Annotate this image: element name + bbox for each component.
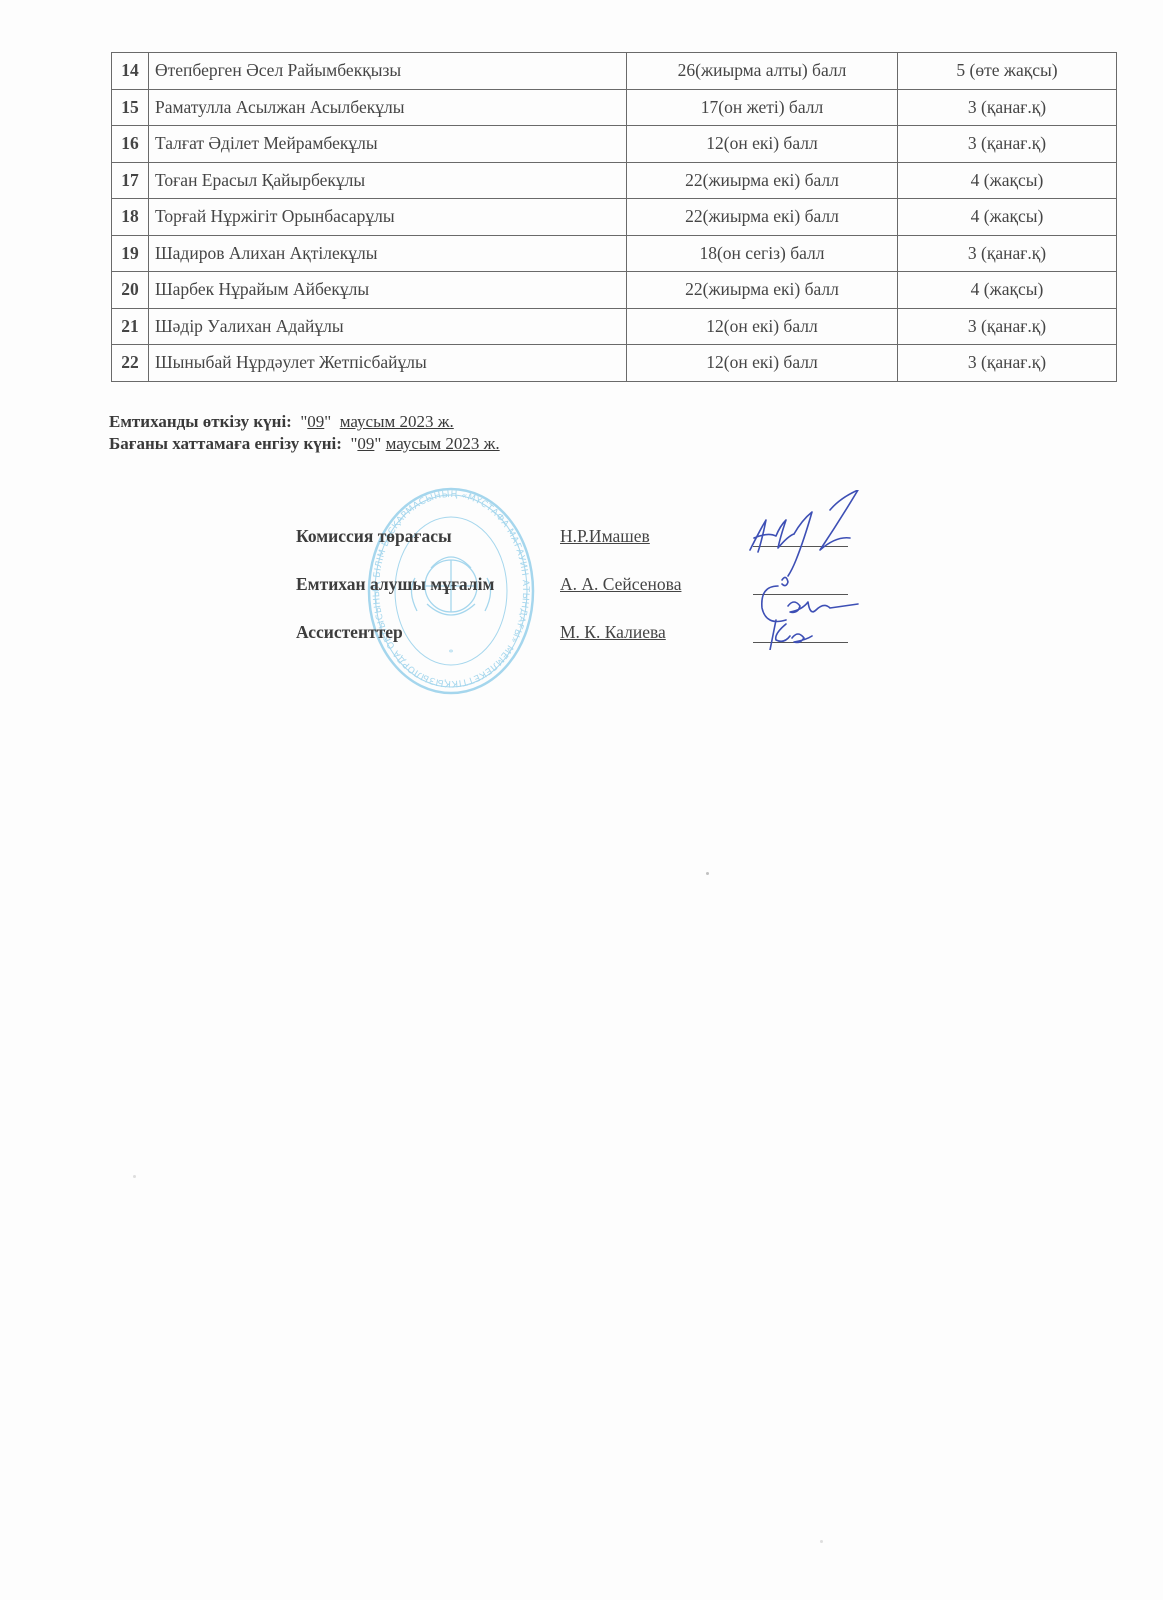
role-label: Емтихан алушы мұғалім <box>296 574 494 595</box>
person-name: А. А. Сейсенова <box>560 574 681 595</box>
role-label: Комиссия төрағасы <box>296 526 452 547</box>
row-number: 21 <box>112 308 149 345</box>
person-name: М. К. Калиева <box>560 622 666 643</box>
row-number: 18 <box>112 199 149 236</box>
row-number: 22 <box>112 345 149 382</box>
exam-date-label: Емтиханды өткізу күні: <box>109 412 292 431</box>
scan-speck <box>706 872 709 875</box>
grade-cell: 3 (қанағ.қ) <box>898 89 1117 126</box>
document-page: 14Өтепберген Әсел Райымбекқызы26(жиырма … <box>0 0 1163 1600</box>
score-cell: 12(он екі) балл <box>627 126 898 163</box>
exam-date-line: Емтиханды өткізу күні: "09" маусым 2023 … <box>109 411 500 433</box>
grade-cell: 3 (қанағ.қ) <box>898 308 1117 345</box>
table-row: 14Өтепберген Әсел Райымбекқызы26(жиырма … <box>112 53 1117 90</box>
entry-month-year: маусым 2023 ж. <box>386 434 500 453</box>
grade-cell: 3 (қанағ.қ) <box>898 345 1117 382</box>
row-number: 14 <box>112 53 149 90</box>
handwritten-signatures-icon <box>740 490 870 650</box>
student-name: Шыныбай Нұрдәулет Жетпісбайұлы <box>149 345 627 382</box>
grade-cell: 4 (жақсы) <box>898 162 1117 199</box>
student-name: Тоған Ерасыл Қайырбекұлы <box>149 162 627 199</box>
person-name: Н.Р.Имашев <box>560 526 650 547</box>
score-cell: 17(он жеті) балл <box>627 89 898 126</box>
svg-text:*: * <box>449 648 454 659</box>
grade-cell: 3 (қанағ.қ) <box>898 126 1117 163</box>
score-cell: 12(он екі) балл <box>627 308 898 345</box>
dates-block: Емтиханды өткізу күні: "09" маусым 2023 … <box>109 411 500 455</box>
entry-day: 09 <box>357 434 374 453</box>
score-cell: 18(он сегіз) балл <box>627 235 898 272</box>
table-row: 15Раматулла Асылжан Асылбекұлы17(он жеті… <box>112 89 1117 126</box>
row-number: 20 <box>112 272 149 309</box>
student-name: Талғат Әділет Мейрамбекұлы <box>149 126 627 163</box>
row-number: 19 <box>112 235 149 272</box>
table-row: 22Шыныбай Нұрдәулет Жетпісбайұлы12(он ек… <box>112 345 1117 382</box>
grade-cell: 4 (жақсы) <box>898 272 1117 309</box>
exam-day: 09 <box>307 412 324 431</box>
score-cell: 26(жиырма алты) балл <box>627 53 898 90</box>
student-name: Өтепберген Әсел Райымбекқызы <box>149 53 627 90</box>
row-number: 15 <box>112 89 149 126</box>
table-row: 20Шарбек Нұрайым Айбекұлы22(жиырма екі) … <box>112 272 1117 309</box>
grades-table: 14Өтепберген Әсел Райымбекқызы26(жиырма … <box>111 52 1117 382</box>
grade-cell: 3 (қанағ.қ) <box>898 235 1117 272</box>
row-number: 16 <box>112 126 149 163</box>
entry-date-label: Бағаны хаттамаға енгізу күні: <box>109 434 342 453</box>
role-label: Ассистенттер <box>296 622 403 643</box>
table-row: 18Торғай Нұржігіт Орынбасарұлы22(жиырма … <box>112 199 1117 236</box>
grade-cell: 4 (жақсы) <box>898 199 1117 236</box>
student-name: Шәдір Уалихан Адайұлы <box>149 308 627 345</box>
table-row: 16Талғат Әділет Мейрамбекұлы12(он екі) б… <box>112 126 1117 163</box>
table-row: 19Шадиров Алихан Ақтілекұлы18(он сегіз) … <box>112 235 1117 272</box>
student-name: Торғай Нұржігіт Орынбасарұлы <box>149 199 627 236</box>
score-cell: 22(жиырма екі) балл <box>627 272 898 309</box>
score-cell: 22(жиырма екі) балл <box>627 199 898 236</box>
row-number: 17 <box>112 162 149 199</box>
table-row: 21Шәдір Уалихан Адайұлы12(он екі) балл3 … <box>112 308 1117 345</box>
grade-cell: 5 (өте жақсы) <box>898 53 1117 90</box>
table-row: 17Тоған Ерасыл Қайырбекұлы22(жиырма екі)… <box>112 162 1117 199</box>
student-name: Раматулла Асылжан Асылбекұлы <box>149 89 627 126</box>
scan-speck <box>820 1540 823 1543</box>
student-name: Шарбек Нұрайым Айбекұлы <box>149 272 627 309</box>
scan-speck <box>133 1175 136 1178</box>
exam-month-year: маусым 2023 ж. <box>340 412 454 431</box>
score-cell: 12(он екі) балл <box>627 345 898 382</box>
student-name: Шадиров Алихан Ақтілекұлы <box>149 235 627 272</box>
score-cell: 22(жиырма екі) балл <box>627 162 898 199</box>
entry-date-line: Бағаны хаттамаға енгізу күні: "09" маусы… <box>109 433 500 455</box>
